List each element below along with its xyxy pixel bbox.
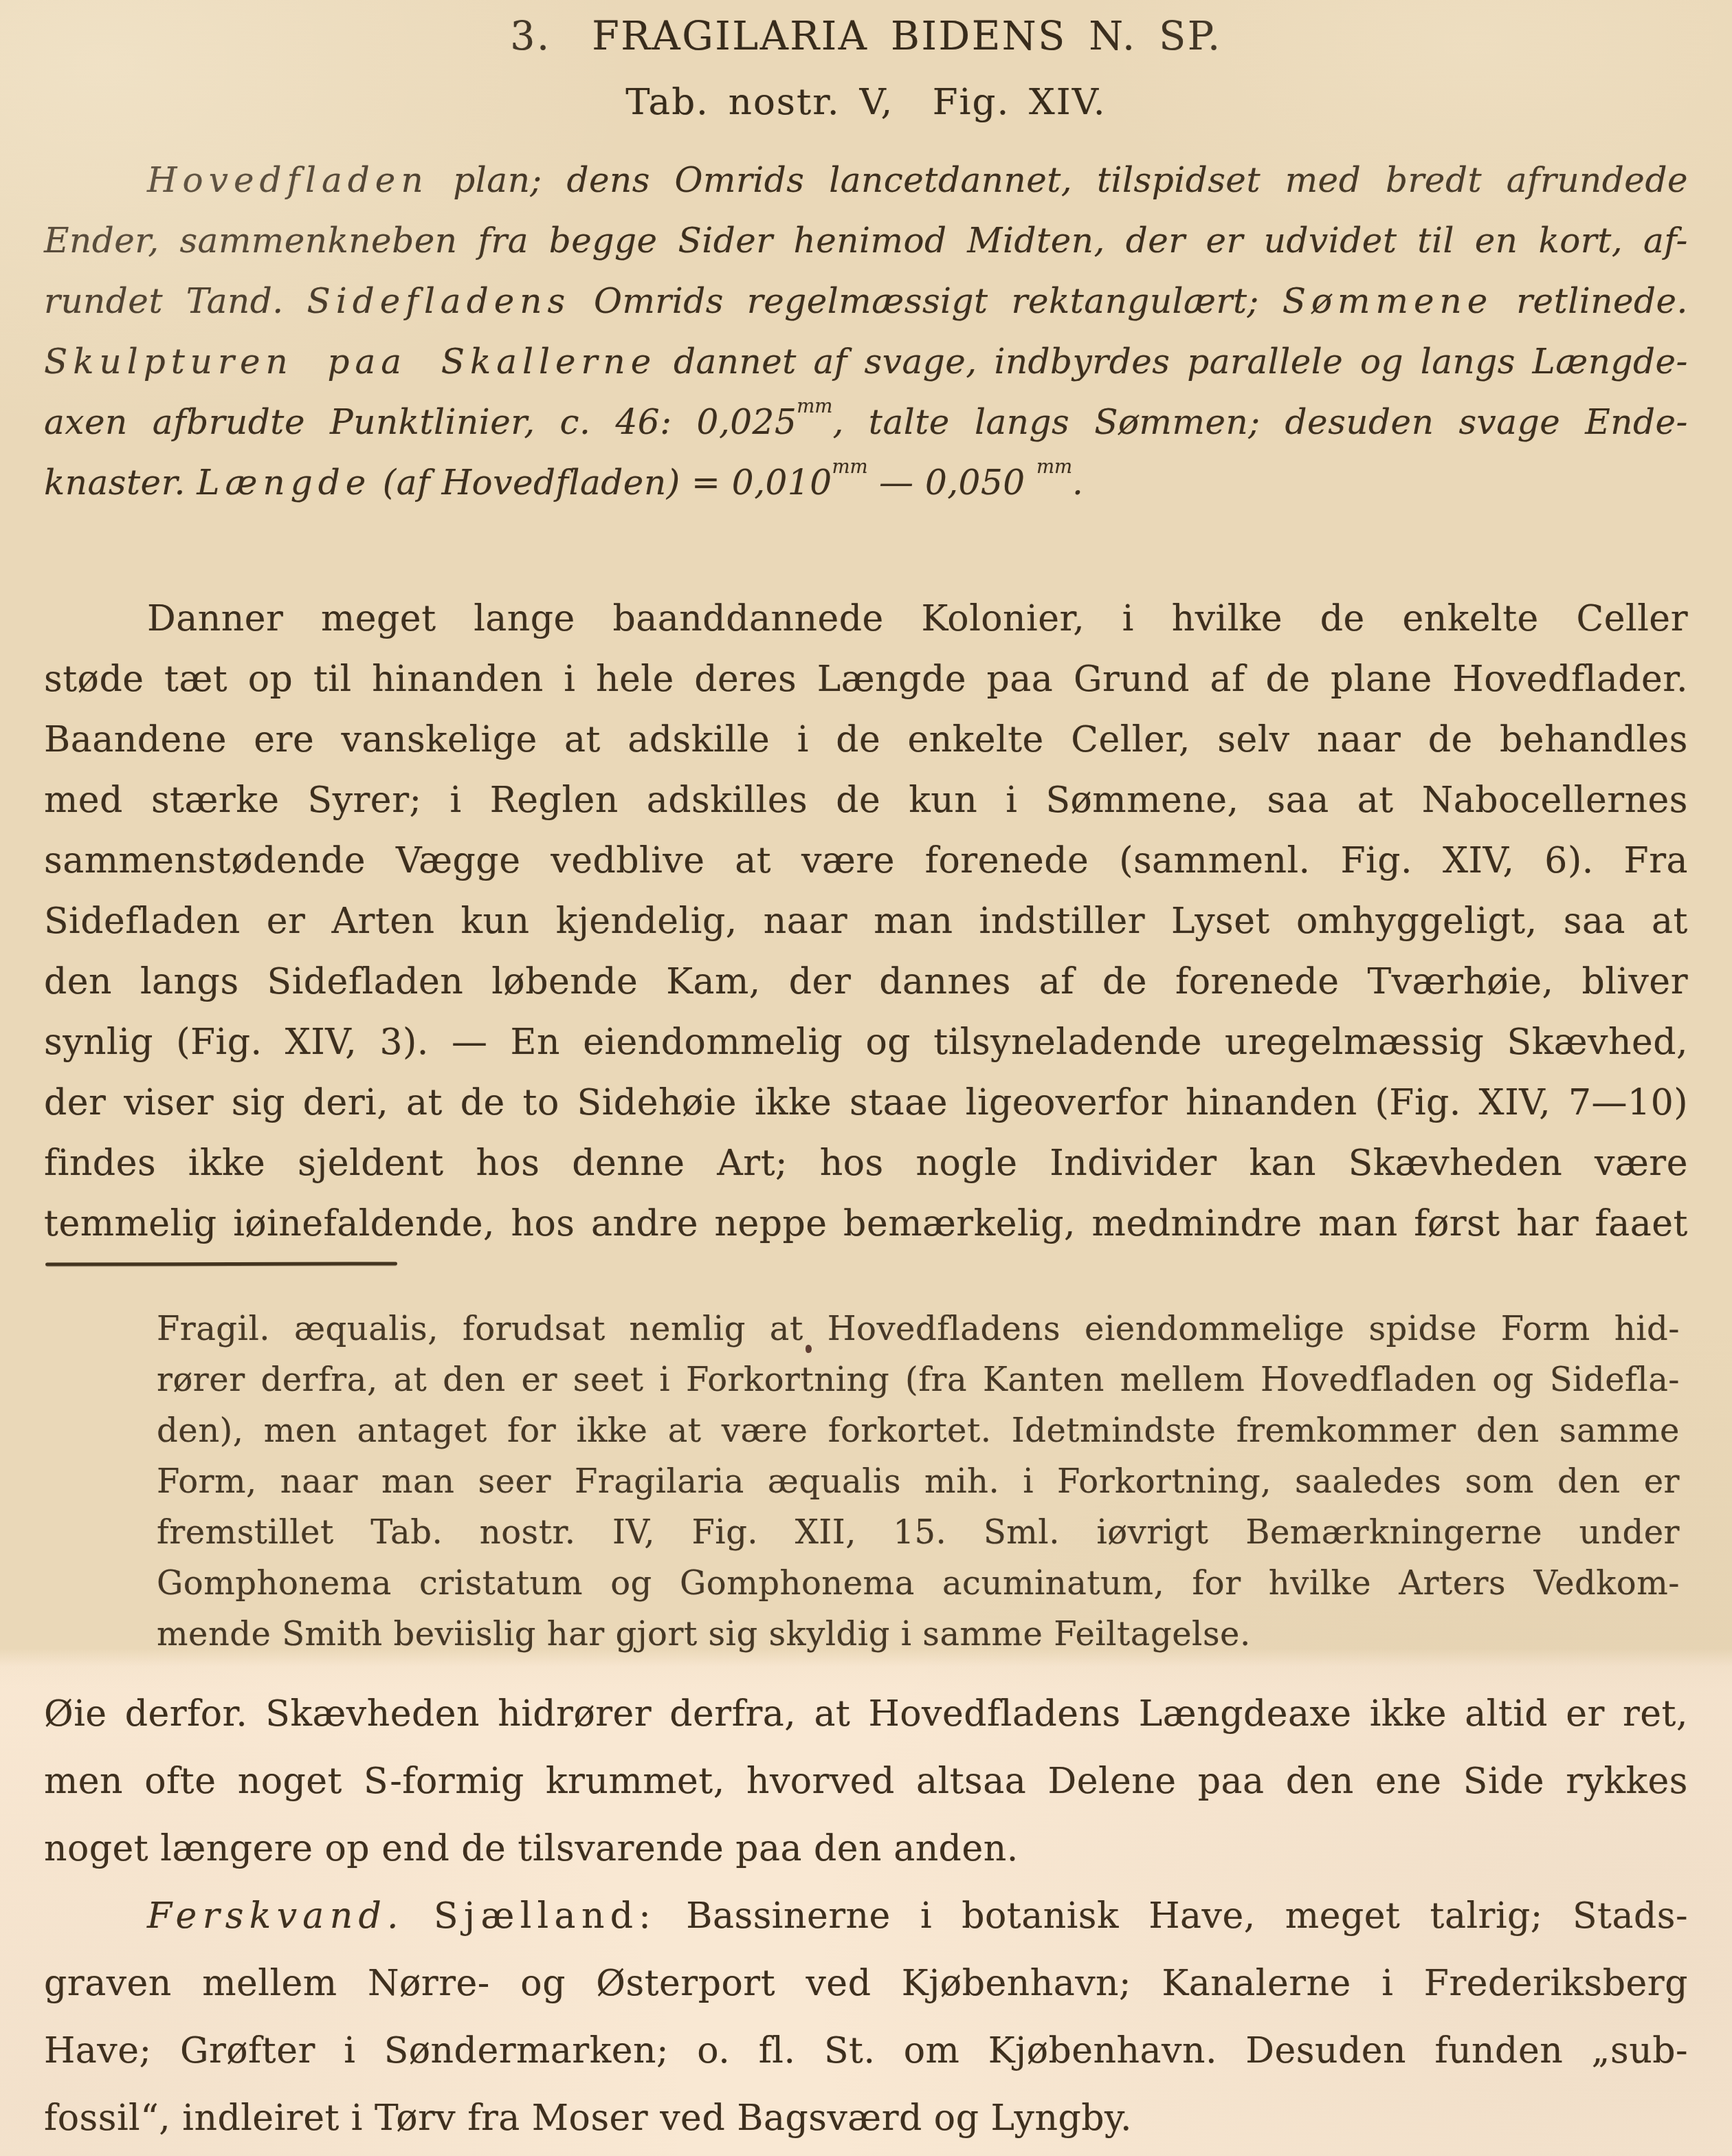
text-segment: knaster. [44, 463, 197, 503]
footnote-separator [45, 1262, 397, 1266]
text-segment: Fragil. æqualis, forudsat nemlig at Hove… [157, 1310, 1680, 1348]
text-segment [404, 1895, 434, 1937]
text-line: findes ikke sjeldent hos denne Art; hos … [44, 1133, 1688, 1193]
text-line: fossil“, indleiret i Tørv fra Moser ved … [44, 2084, 1688, 2152]
text-segment: temmelig iøinefaldende, hos andre neppe … [44, 1203, 1688, 1244]
text-line: den langs Sidefladen løbende Kam, der da… [44, 951, 1688, 1012]
text-segment: mende Smith beviislig har gjort sig skyl… [157, 1615, 1251, 1653]
text-line: med stærke Syrer; i Reglen adskilles de … [44, 770, 1688, 830]
text-segment: mm [797, 395, 832, 417]
text-segment: Have; Grøfter i Søndermarken; o. fl. St.… [44, 2030, 1688, 2071]
text-line: der viser sig deri, at de to Sidehøie ik… [44, 1072, 1688, 1133]
text-line: Form, naar man seer Fragilaria æqualis m… [157, 1456, 1680, 1507]
text-segment: Sjælland: [434, 1895, 656, 1937]
text-segment: Sidefladens [307, 281, 571, 321]
text-segment: fremstillet Tab. nostr. IV, Fig. XII, 15… [157, 1513, 1680, 1552]
text-segment: Længde [197, 463, 371, 503]
text-segment: Danner meget lange baanddannede Kolonier… [147, 598, 1688, 639]
text-segment: Ender, sammenkneben fra begge Sider heni… [44, 221, 1688, 261]
text-segment: Hovedfladen [147, 160, 429, 200]
text-line: Ferskvand. Sjælland: Bassinerne i botani… [44, 1882, 1688, 1950]
footnote-paragraph: Fragil. æqualis, forudsat nemlig at Hove… [157, 1303, 1680, 1660]
text-segment: (af Hovedfladen) = 0,010 [371, 463, 832, 503]
text-line: støde tæt op til hinanden i hele deres L… [44, 649, 1688, 709]
text-segment: mm [832, 456, 867, 478]
text-segment: findes ikke sjeldent hos denne Art; hos … [44, 1143, 1688, 1184]
text-line: rundet Tand. Sidefladens Omrids regelmæs… [44, 271, 1688, 331]
text-line: Fragil. æqualis, forudsat nemlig at Hove… [157, 1303, 1680, 1354]
text-segment: med stærke Syrer; i Reglen adskilles de … [44, 780, 1688, 821]
text-segment: Skulpturen paa Skallerne [44, 342, 656, 382]
diagnosis-paragraph: Hovedfladen plan; dens Omrids lancetdann… [44, 150, 1688, 513]
plate-reference: Tab. nostr. V, Fig. XIV. [44, 81, 1688, 123]
text-line: fremstillet Tab. nostr. IV, Fig. XII, 15… [157, 1507, 1680, 1558]
text-segment: , talte langs Sømmen; desuden svage Ende… [832, 402, 1688, 442]
text-line: Hovedfladen plan; dens Omrids lancetdann… [44, 150, 1688, 210]
book-page: 3. FRAGILARIA BIDENS N. SP. Tab. nostr. … [0, 0, 1732, 2156]
text-segment: — 0,050 [868, 463, 1036, 503]
text-segment: Gomphonema cristatum og Gomphonema acumi… [157, 1564, 1680, 1603]
text-segment: Form, naar man seer Fragilaria æqualis m… [157, 1462, 1680, 1501]
text-line: knaster. Længde (af Hovedfladen) = 0,010… [44, 452, 1688, 513]
text-line: axen afbrudte Punktlinier, c. 46: 0,025m… [44, 392, 1688, 452]
text-line: den), men antaget for ikke at være forko… [157, 1405, 1680, 1456]
description-paragraph: Danner meget lange baanddannede Kolonier… [44, 588, 1688, 1254]
text-segment: . [1072, 463, 1083, 503]
text-segment: mm [1036, 456, 1072, 478]
text-segment: axen afbrudte Punktlinier, c. 46: 0,025 [44, 402, 797, 442]
text-line: Øie derfor. Skævheden hidrører derfra, a… [44, 1680, 1688, 1748]
text-line: graven mellem Nørre- og Østerport ved Kj… [44, 1950, 1688, 2017]
text-line: mende Smith beviislig har gjort sig skyl… [157, 1609, 1680, 1660]
text-line: rører derfra, at den er seet i Forkortni… [157, 1354, 1680, 1405]
text-line: Baandene ere vanskelige at adskille i de… [44, 709, 1688, 770]
text-line: Ender, sammenkneben fra begge Sider heni… [44, 210, 1688, 271]
text-line: Skulpturen paa Skallerne dannet af svage… [44, 331, 1688, 392]
text-segment: plan; dens Omrids lancetdannet, tilspids… [429, 160, 1688, 200]
text-segment: Sidefladen er Arten kun kjendelig, naar … [44, 901, 1688, 942]
text-line: Danner meget lange baanddannede Kolonier… [44, 588, 1688, 649]
text-segment: Ferskvand. [147, 1895, 404, 1937]
text-segment: retlinede. [1493, 281, 1688, 321]
text-segment: sammenstødende Vægge vedblive at være fo… [44, 840, 1688, 881]
continuation-paragraph: Øie derfor. Skævheden hidrører derfra, a… [44, 1680, 1688, 1882]
text-line: sammenstødende Vægge vedblive at være fo… [44, 830, 1688, 891]
text-line: temmelig iøinefaldende, hos andre neppe … [44, 1193, 1688, 1254]
text-segment: Øie derfor. Skævheden hidrører derfra, a… [44, 1693, 1688, 1735]
text-segment: graven mellem Nørre- og Østerport ved Kj… [44, 1963, 1688, 2004]
text-line: men ofte noget S-formig krummet, hvorved… [44, 1748, 1688, 1815]
text-segment: rundet Tand. [44, 281, 307, 321]
text-segment: den langs Sidefladen løbende Kam, der da… [44, 961, 1688, 1002]
text-line: Gomphonema cristatum og Gomphonema acumi… [157, 1558, 1680, 1609]
text-segment: rører derfra, at den er seet i Forkortni… [157, 1361, 1680, 1399]
text-segment: Sømmene [1283, 281, 1494, 321]
text-line: Sidefladen er Arten kun kjendelig, naar … [44, 891, 1688, 951]
text-line: noget længere op end de tilsvarende paa … [44, 1815, 1688, 1882]
text-segment: Baandene ere vanskelige at adskille i de… [44, 719, 1688, 760]
text-line: Have; Grøfter i Søndermarken; o. fl. St.… [44, 2017, 1688, 2084]
text-segment: synlig (Fig. XIV, 3). — En eiendommelig … [44, 1022, 1688, 1063]
text-segment: men ofte noget S-formig krummet, hvorved… [44, 1761, 1688, 1802]
text-segment: den), men antaget for ikke at være forko… [157, 1411, 1680, 1450]
habitat-paragraph: Ferskvand. Sjælland: Bassinerne i botani… [44, 1882, 1688, 2152]
text-segment: fossil“, indleiret i Tørv fra Moser ved … [44, 2098, 1132, 2139]
text-segment: der viser sig deri, at de to Sidehøie ik… [44, 1082, 1688, 1123]
text-line: synlig (Fig. XIV, 3). — En eiendommelig … [44, 1012, 1688, 1072]
text-segment: støde tæt op til hinanden i hele deres L… [44, 659, 1688, 700]
species-heading: 3. FRAGILARIA BIDENS N. SP. [44, 14, 1688, 59]
text-segment: dannet af svage, indbyrdes parallele og … [656, 342, 1688, 382]
text-segment: Bassinerne i botanisk Have, meget talrig… [656, 1895, 1688, 1937]
text-segment: Omrids regelmæssigt rektangulært; [570, 281, 1283, 321]
text-segment: noget længere op end de tilsvarende paa … [44, 1828, 1019, 1869]
